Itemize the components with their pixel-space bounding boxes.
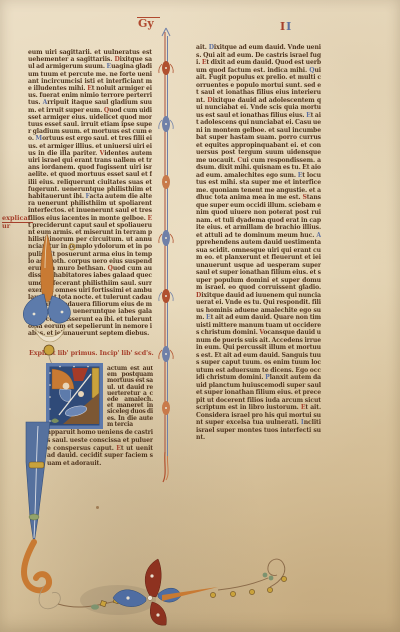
initial-ascender-ornament: [10, 230, 88, 366]
right-column-text: ait. Dixitque ad eum dauid. Vnde uenis. …: [196, 44, 321, 466]
initial-descender-and-vine-ornament: [0, 418, 310, 632]
margin-note-line2: ur: [2, 222, 10, 230]
penwork-divider-ornament: [155, 24, 177, 486]
folio-number: II: [280, 21, 292, 33]
manuscript-page: Gy II explicat' ur eum uiri sagittarii. …: [0, 0, 400, 632]
ink-speck: [96, 506, 99, 509]
